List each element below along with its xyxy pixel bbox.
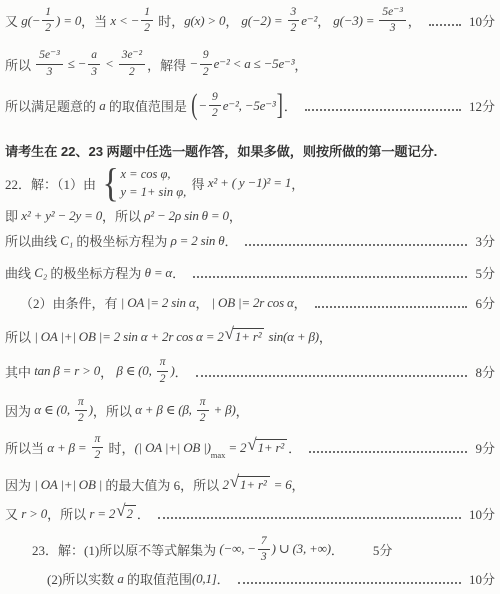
text: 的最大值为 6，所以 <box>102 475 222 494</box>
square-root: √2 <box>116 505 136 522</box>
numerator: 9 <box>200 49 212 64</box>
dotted-leader <box>305 107 461 111</box>
text: 所以曲线 <box>5 231 60 250</box>
math-text: α + β = <box>47 440 89 456</box>
text: 请考生在 22、23 两题中任选一题作答，如果多做，则按所做的第一题记分. <box>5 141 437 160</box>
math-text: − <box>198 98 207 114</box>
math-text: ≤ − <box>65 56 87 72</box>
denominator: 2 <box>203 65 209 79</box>
fraction: π2 <box>157 356 169 385</box>
denominator: 2 <box>129 65 135 79</box>
exam-solution-page: 又 g(−12) = 0，当 x < −12 时，g(x) > 0， g(−2)… <box>0 0 500 594</box>
radical-icon: √ <box>247 437 256 454</box>
math-text: θ = α <box>145 265 172 281</box>
line-oa-ob: （2）由条件，有 | OA |= 2 sin α， | OB |= 2r cos… <box>5 291 495 314</box>
math-text: x < − <box>110 13 139 29</box>
denominator: 3 <box>390 21 396 35</box>
text: ，当 <box>81 11 110 30</box>
numerator: 1 <box>42 6 54 21</box>
line-g-values: 又 g(−12) = 0，当 x < −12 时，g(x) > 0， g(−2)… <box>5 6 495 35</box>
denominator: 3 <box>47 65 53 79</box>
big-delimiter: ] <box>277 91 283 120</box>
denominator: 3 <box>91 65 97 79</box>
math-text: α ∈ (0, <box>34 402 73 418</box>
text: 的极坐标方程为 <box>73 231 171 250</box>
text: 23．解：(1)所以原不等式解集为 <box>32 540 219 559</box>
math-text: < <box>102 56 117 72</box>
text: (2)所以实数 <box>47 569 117 588</box>
text: ． <box>284 96 297 115</box>
line-r-result: 又 r > 0，所以 r = 2√2．10分 <box>5 501 495 527</box>
text: ， <box>100 362 116 381</box>
text: ． <box>137 504 150 523</box>
math-text: ρ = 2 sin θ <box>171 233 225 249</box>
square-root: √1+ r² <box>230 476 270 493</box>
fraction: 5e⁻³3 <box>36 49 62 78</box>
radicand: 1+ r² <box>233 328 264 345</box>
text: ． <box>331 540 344 559</box>
denominator: 2 <box>200 411 206 425</box>
text: 的取值范围是 <box>106 96 191 115</box>
fraction: π2 <box>92 433 104 462</box>
radicand: 1+ r² <box>256 439 287 456</box>
math-text: α + β ∈ (β, <box>135 402 195 418</box>
line-solve-r: 因为 | OA |+| OB | 的最大值为 6，所以 2√1+ r² = 6， <box>5 472 495 498</box>
denominator: 2 <box>144 21 150 35</box>
math-text: + β) <box>211 402 236 418</box>
math-text: (−∞, − <box>219 541 255 557</box>
radical-icon: √ <box>230 474 239 491</box>
line-23-part1: 23．解：(1)所以原不等式解集为 (−∞, −73) ∪ (3, +∞)．5分 <box>5 535 495 564</box>
equation-system: {x = cos φ,y = 1+ sin φ, <box>101 166 186 200</box>
text: ， <box>225 11 238 30</box>
text: ，解得 <box>147 55 189 74</box>
text: 时， <box>155 11 184 30</box>
text: 的取值范围 <box>124 569 192 588</box>
line-a-range: 所以满足题意的 a 的取值范围是 (−92e⁻², −5e⁻³]．12分 <box>5 91 495 120</box>
system-row: x = cos φ, <box>120 167 186 182</box>
numerator: π <box>92 433 104 448</box>
text: 所以 <box>5 55 34 74</box>
math-text: g(− <box>21 13 40 29</box>
line-tan-beta: 其中 tan β = r > 0， β ∈ (0, π2)．8分 <box>5 356 495 385</box>
radicand: 2 <box>125 505 136 522</box>
math-text: g(x) > 0 <box>184 13 225 29</box>
math-text: − <box>189 56 198 72</box>
text: ． <box>172 263 185 282</box>
math-text: C₁ <box>60 233 73 249</box>
text: 因为 <box>5 401 34 420</box>
score-label: 6分 <box>475 293 495 312</box>
text: 又 <box>5 504 21 523</box>
math-text: C₂ <box>34 265 47 281</box>
math-text: (0,1] <box>192 571 217 587</box>
fraction: 92 <box>200 49 212 78</box>
math-text: = 2 <box>225 440 246 456</box>
math-text: | OA |+| OB |= 2 sin α + 2r cos α = 2 <box>34 329 223 345</box>
denominator: 2 <box>78 411 84 425</box>
denominator: 3 <box>261 550 267 564</box>
text: 时， <box>105 438 134 457</box>
math-text: β ∈ (0, <box>116 363 154 379</box>
dotted-leader <box>196 373 468 377</box>
math-text: ) = 0 <box>56 13 81 29</box>
math-text: g(−2) = <box>238 13 285 29</box>
radical-icon: √ <box>116 503 125 520</box>
fraction: 12 <box>141 6 153 35</box>
fraction: 5e⁻³3 <box>379 6 405 35</box>
line-max-value: 所以当 α + β = π2 时，(| OA |+| OB |)max = 2√… <box>5 433 495 462</box>
dotted-leader <box>309 449 467 453</box>
text: ， <box>292 475 305 494</box>
score-label: 9分 <box>475 438 495 457</box>
fraction: π2 <box>75 396 87 425</box>
line-rect-to-polar: 即 x² + y² − 2y = 0，所以 ρ² − 2ρ sin θ = 0， <box>5 204 495 227</box>
text: ， <box>291 174 304 193</box>
score-label: 5分 <box>475 263 495 282</box>
math-text: r = 2 <box>89 506 115 522</box>
system-rows: x = cos φ,y = 1+ sin φ, <box>120 167 186 200</box>
text: ， <box>319 327 332 346</box>
math-text: g(−3) = <box>330 13 377 29</box>
text: 的极坐标方程为 <box>47 263 145 282</box>
line-alpha-range: 因为 α ∈ (0, π2)，所以 α + β ∈ (β, π2 + β)， <box>5 396 495 425</box>
text: 其中 <box>5 362 34 381</box>
text: 得 <box>188 174 208 193</box>
text: 曲线 <box>5 263 34 282</box>
math-text: e⁻², −5e⁻³ <box>223 98 276 114</box>
score-label: 3分 <box>475 231 495 250</box>
text: ． <box>175 362 188 381</box>
text: 所以满足题意的 <box>5 96 99 115</box>
line-23-part2: (2)所以实数 a 的取值范围(0,1]．10分 <box>5 567 495 590</box>
text: 22．解：（1）由 <box>5 174 99 193</box>
denominator: 2 <box>95 448 101 462</box>
math-text: x² + ( y −1)² = 1 <box>208 175 291 191</box>
dotted-leader <box>193 274 467 278</box>
fraction: 12 <box>42 6 54 35</box>
fraction: 92 <box>209 91 221 120</box>
numerator: π <box>75 396 87 411</box>
math-text: sin(α + β) <box>265 329 318 345</box>
line-inequality-solve: 所以 5e⁻³3 ≤ −a3 < 3e⁻²2，解得 −92e⁻² < a ≤ −… <box>5 49 495 78</box>
text: 因为 <box>5 475 34 494</box>
score-label: 10分 <box>469 11 495 30</box>
score-label: 8分 <box>475 362 495 381</box>
math-text: | OA |+| OB | <box>34 477 102 493</box>
dotted-leader <box>429 22 461 26</box>
text: ，所以 <box>93 401 135 420</box>
math-text: ) ∪ (3, +∞) <box>272 541 331 557</box>
text: （2）由条件，有 <box>20 293 121 312</box>
dotted-leader <box>315 304 468 308</box>
line-c1-polar: 所以曲线 C₁ 的极坐标方程为 ρ = 2 sin θ．3分 <box>5 229 495 252</box>
numerator: a <box>88 49 100 64</box>
text: ，所以 <box>47 504 89 523</box>
numerator: π <box>157 356 169 371</box>
score-label: 10分 <box>469 504 495 523</box>
math-text: (| OA |+| OB |) <box>135 440 211 456</box>
numerator: 7 <box>258 535 270 550</box>
square-root: √1+ r² <box>225 328 265 345</box>
math-text: = 6 <box>271 477 292 493</box>
math-text: e⁻² <box>301 13 317 29</box>
text: ， <box>294 55 307 74</box>
text: ． <box>288 438 301 457</box>
denominator: 2 <box>212 106 218 120</box>
text: ． <box>224 231 237 250</box>
numerator: 1 <box>141 6 153 21</box>
math-text: ρ² − 2ρ sin θ = 0 <box>144 208 229 224</box>
dotted-leader <box>158 515 461 519</box>
left-brace: { <box>103 166 119 200</box>
score-label: 5分 <box>373 540 393 559</box>
math-text: e⁻² < a ≤ −5e⁻³ <box>214 56 295 72</box>
text: ， <box>196 293 209 312</box>
score-label: 12分 <box>469 96 495 115</box>
line-choice-note: 请考生在 22、23 两题中任选一题作答，如果多做，则按所做的第一题记分. <box>5 140 495 160</box>
denominator: 2 <box>160 372 166 386</box>
radical-icon: √ <box>225 326 234 343</box>
fraction: π2 <box>197 396 209 425</box>
big-delimiter: ( <box>191 91 197 120</box>
text: 所以 <box>5 327 34 346</box>
line-sum-expression: 所以 | OA |+| OB |= 2 sin α + 2r cos α = 2… <box>5 323 495 350</box>
radicand: 1+ r² <box>238 476 269 493</box>
text: ． <box>217 569 230 588</box>
math-text: x² + y² − 2y = 0 <box>21 208 102 224</box>
math-text: r > 0 <box>21 506 47 522</box>
line-c2-polar: 曲线 C₂ 的极坐标方程为 θ = α．5分 <box>5 261 495 284</box>
score-label: 10分 <box>469 569 495 588</box>
text: ， <box>317 11 330 30</box>
fraction: 73 <box>258 535 270 564</box>
text: ， <box>408 11 421 30</box>
math-text: | OA |= 2 sin α <box>121 295 196 311</box>
numerator: 9 <box>209 91 221 106</box>
dotted-leader <box>245 242 467 246</box>
text: 所以当 <box>5 438 47 457</box>
numerator: 5e⁻³ <box>379 6 405 21</box>
subscript: max <box>211 450 226 460</box>
math-text: 2 <box>222 477 228 493</box>
numerator: 3e⁻² <box>119 49 145 64</box>
math-text: | OB |= 2r cos α <box>209 295 294 311</box>
system-row: y = 1+ sin φ, <box>120 185 186 200</box>
solution-lines: 又 g(−12) = 0，当 x < −12 时，g(x) > 0， g(−2)… <box>5 4 495 591</box>
line-22-parametric: 22．解：（1）由 {x = cos φ,y = 1+ sin φ, 得 x² … <box>5 166 495 200</box>
denominator: 2 <box>45 21 51 35</box>
text: 又 <box>5 11 21 30</box>
fraction: a3 <box>88 49 100 78</box>
text: ，所以 <box>102 206 144 225</box>
numerator: 3 <box>288 6 300 21</box>
text: ， <box>229 206 242 225</box>
fraction: 32 <box>288 6 300 35</box>
numerator: π <box>197 396 209 411</box>
fraction: 3e⁻²2 <box>119 49 145 78</box>
dotted-leader <box>238 580 461 584</box>
denominator: 2 <box>291 21 297 35</box>
numerator: 5e⁻³ <box>36 49 62 64</box>
text: ， <box>294 293 307 312</box>
square-root: √1+ r² <box>247 439 287 456</box>
text: ， <box>236 401 249 420</box>
text: 即 <box>5 206 21 225</box>
math-text: tan β = r > 0 <box>34 363 100 379</box>
